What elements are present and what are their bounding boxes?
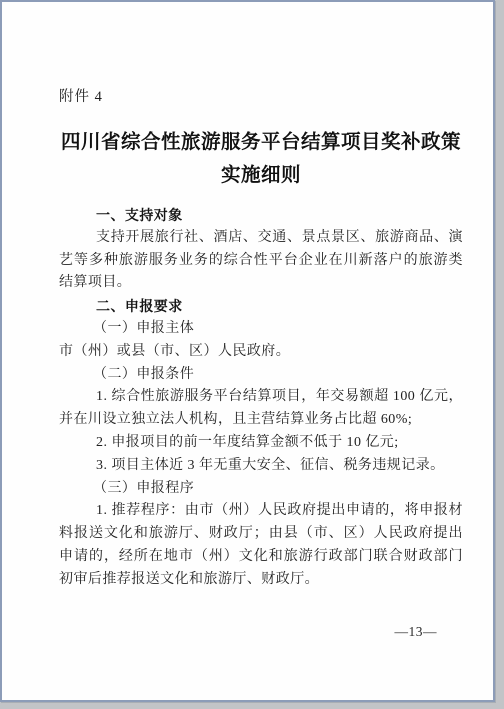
condition-item-1: 1. 综合性旅游服务平台结算项目，年交易额超 100 亿元，并在川设立独立法人机… bbox=[59, 386, 463, 432]
document-title-line1: 四川省综合性旅游服务平台结算项目奖补政策 bbox=[59, 126, 463, 159]
document-body: 一、支持对象 支持开展旅行社、酒店、交通、景点景区、旅游商品、演艺等多种旅游服务… bbox=[59, 204, 463, 592]
condition-item-3: 3. 项目主体近 3 年无重大安全、征信、税务违规记录。 bbox=[59, 455, 463, 478]
scanned-page: 附件 4 四川省综合性旅游服务平台结算项目奖补政策 实施细则 一、支持对象 支持… bbox=[0, 0, 495, 702]
subheading-application-procedure: （三）申报程序 bbox=[59, 478, 463, 501]
section-heading-application-requirements: 二、申报要求 bbox=[59, 295, 463, 318]
condition-item-2: 2. 申报项目的前一年度结算金额不低于 10 亿元; bbox=[59, 432, 463, 455]
attachment-label: 附件 4 bbox=[59, 2, 463, 108]
document-title: 四川省综合性旅游服务平台结算项目奖补政策 实施细则 bbox=[59, 126, 463, 192]
paragraph-application-subject: 市（州）或县（市、区）人民政府。 bbox=[59, 341, 463, 364]
subheading-application-conditions: （二）申报条件 bbox=[59, 364, 463, 387]
section-heading-support-targets: 一、支持对象 bbox=[59, 204, 463, 227]
document-title-line2: 实施细则 bbox=[59, 159, 463, 192]
document-viewport: 附件 4 四川省综合性旅游服务平台结算项目奖补政策 实施细则 一、支持对象 支持… bbox=[0, 0, 504, 709]
page-content: 附件 4 四川省综合性旅游服务平台结算项目奖补政策 实施细则 一、支持对象 支持… bbox=[59, 2, 463, 592]
paragraph-support-targets: 支持开展旅行社、酒店、交通、景点景区、旅游商品、演艺等多种旅游服务业务的综合性平… bbox=[59, 227, 463, 295]
procedure-item-1: 1. 推荐程序：由市（州）人民政府提出申请的，将申报材料报送文化和旅游厅、财政厅… bbox=[59, 500, 463, 591]
page-number: —13— bbox=[395, 624, 438, 640]
subheading-application-subject: （一）申报主体 bbox=[59, 318, 463, 341]
